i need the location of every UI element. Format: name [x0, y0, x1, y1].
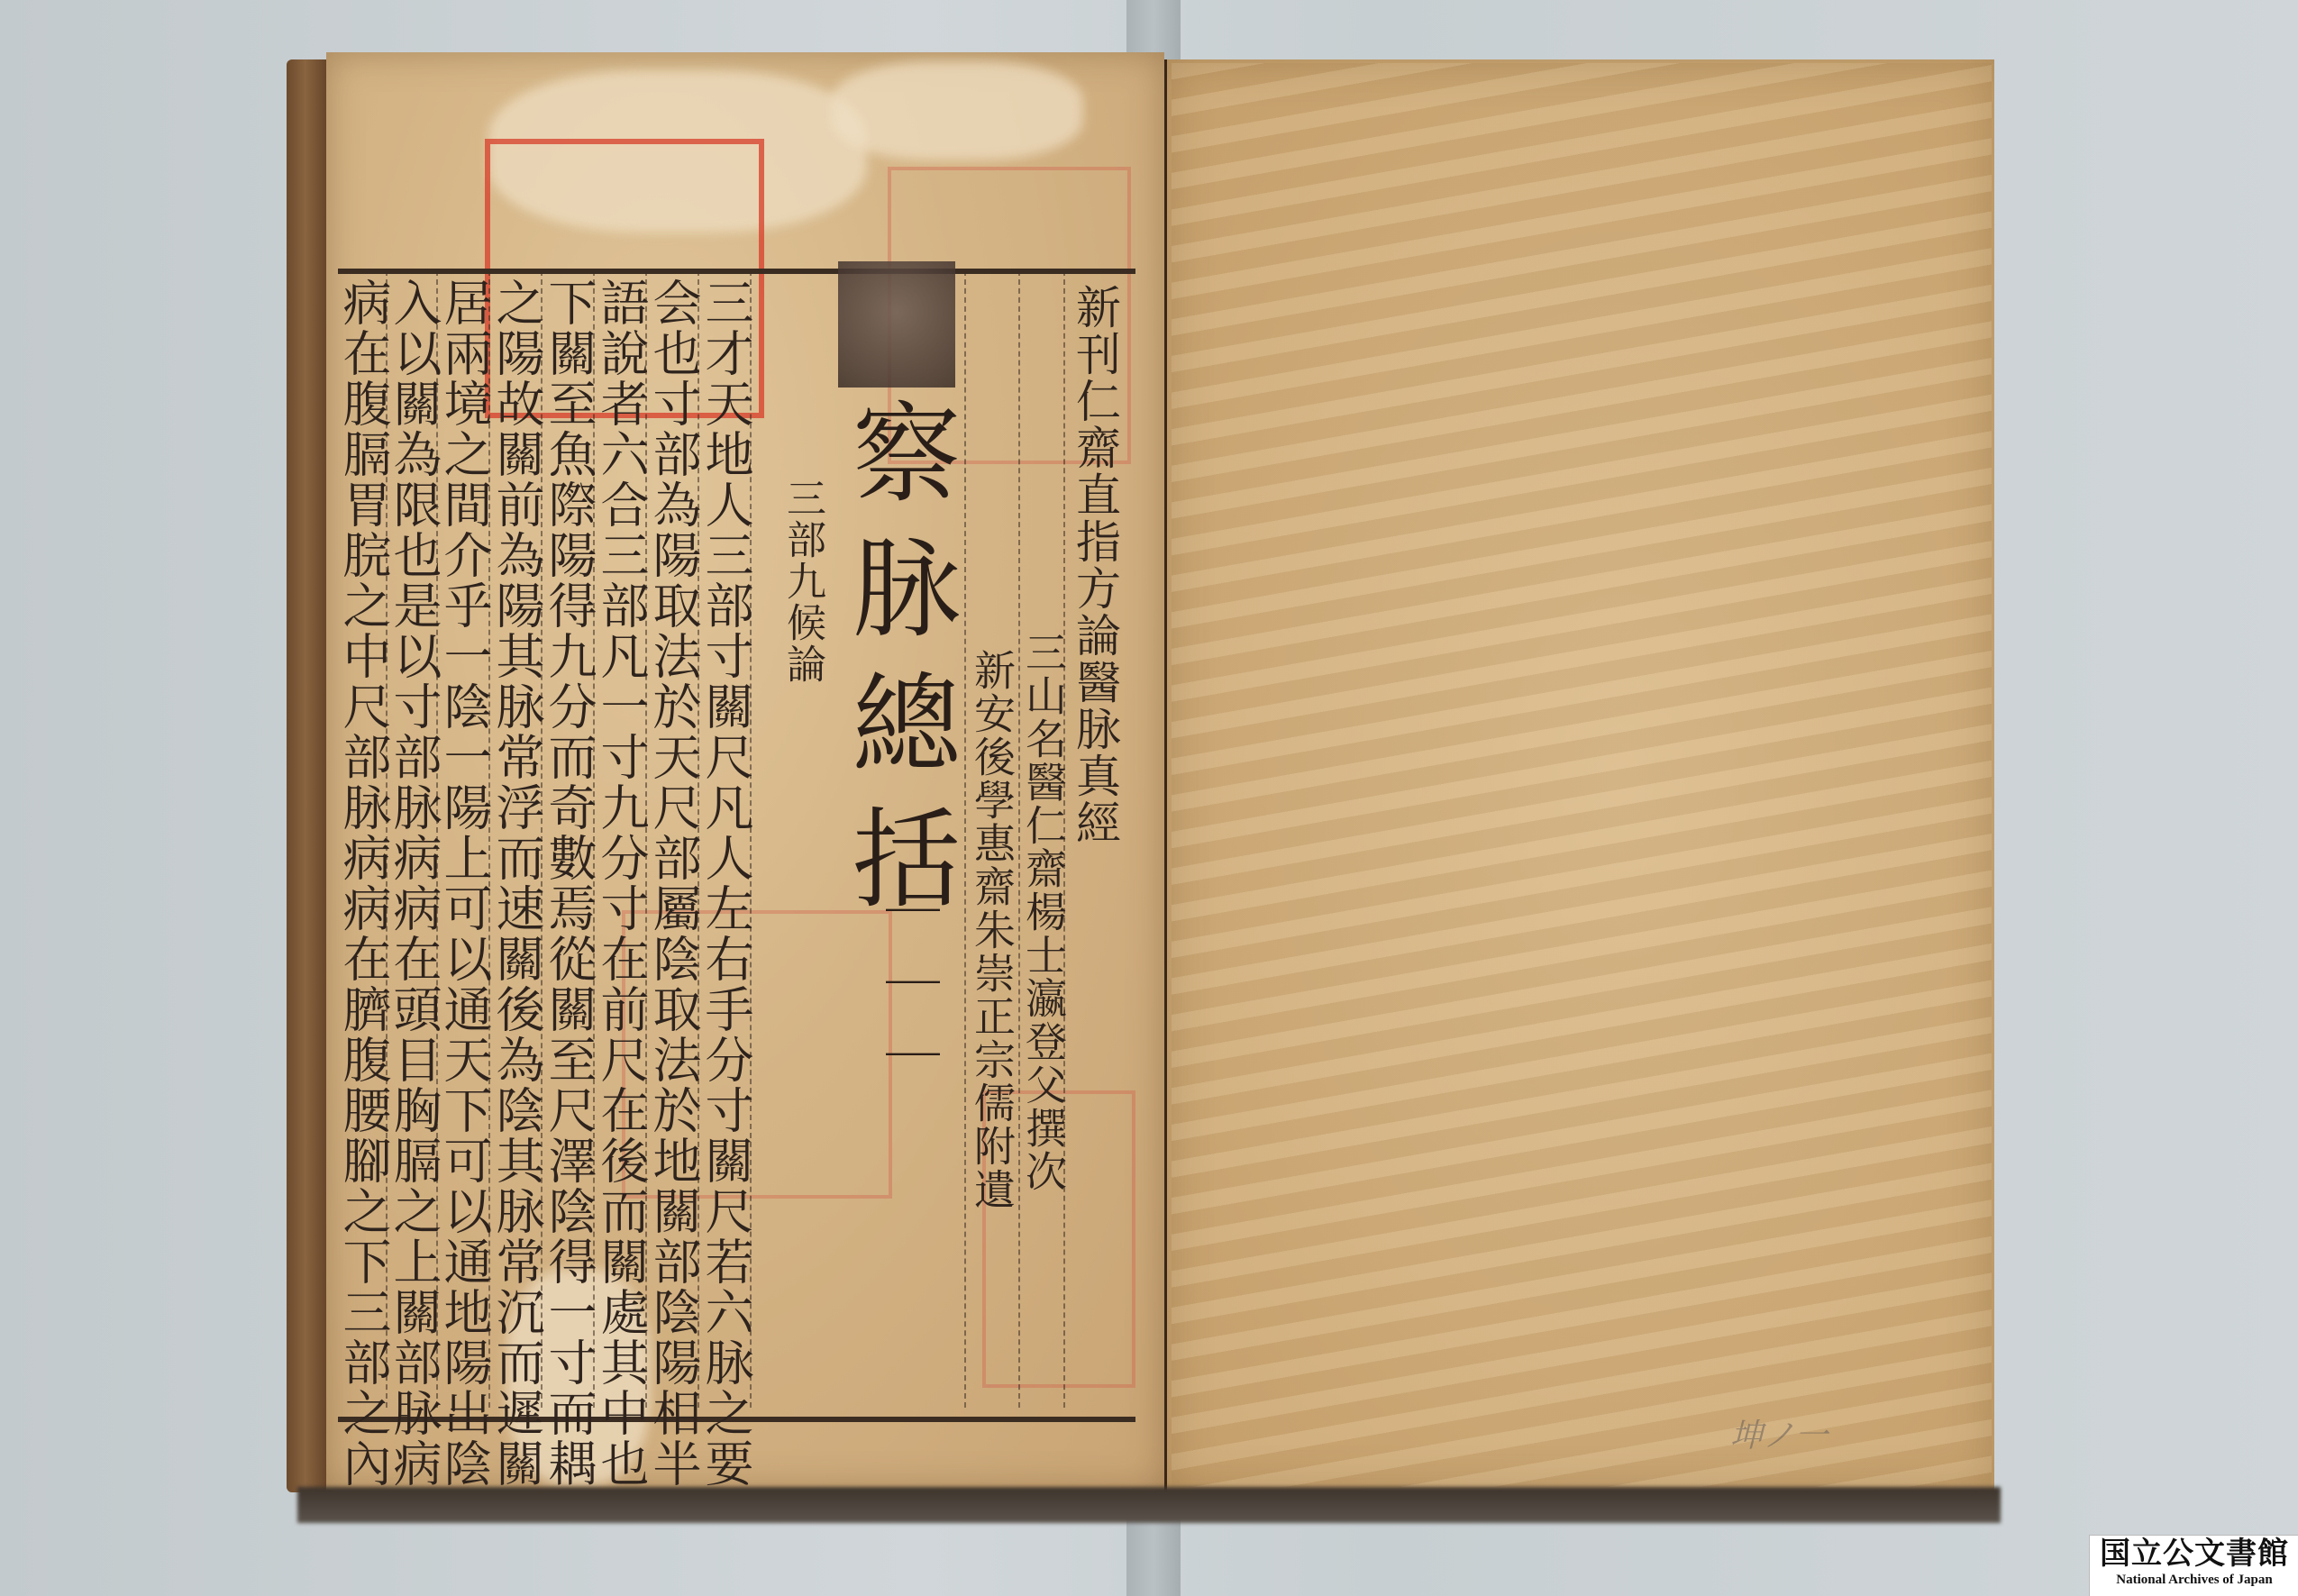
body-column-2: 会也寸部為陽取法於天尺部屬陰取法於地關部陰陽相半 — [649, 278, 698, 1489]
black-cartouche-block — [838, 261, 955, 388]
watermark-english: National Archives of Japan — [2090, 1572, 2298, 1588]
body-column-5: 之陽故關前為陽其脉常浮而速關後為陰其脉常沉而遲關 — [492, 278, 541, 1489]
body-column-7: 入以關為限也是以寸部脉病病在頭目胸膈之上關部脉病 — [389, 278, 438, 1489]
chapter-heading: 察脉總括 — [843, 397, 951, 937]
column-rule — [964, 270, 966, 1408]
author-column-1: 三山名醫仁齋楊士瀛登父撰次 — [1023, 631, 1064, 1193]
book-bottom-edge — [297, 1487, 2001, 1523]
author-column-2: 新安後學惠齋朱崇正宗儒附遺 — [971, 649, 1013, 1211]
body-column-1: 三才天地人三部寸關尺凡人左右手分寸關尺若六脉之要 — [701, 278, 750, 1489]
pencil-shelf-note: 坤ノ一 — [1730, 1410, 1828, 1456]
paper-stain — [831, 61, 1083, 160]
body-column-4: 下關至魚際陽得九分而奇數焉從關至尺澤陰得一寸而耦 — [544, 278, 593, 1489]
body-column-3: 語說者六合三部凡一寸九分寸在前尺在後而關處其中也 — [597, 278, 645, 1489]
book-title-column: 新刊仁齋直指方論醫脉真經 — [1072, 284, 1117, 846]
paper-creases — [1172, 63, 1992, 1487]
watermark-japanese: 国立公文書館 — [2090, 1536, 2298, 1572]
body-column-6: 居兩境之間介乎一陰一陽上可以通天下可以通地陽出陰 — [440, 278, 488, 1489]
heading-rule-marks: ｜｜｜ — [870, 883, 947, 1099]
archive-watermark: 国立公文書館 National Archives of Japan — [2089, 1535, 2298, 1596]
body-column-8: 病在腹膈胃脘之中尺部脉病病在臍腹腰腳之下三部之內 — [339, 278, 388, 1489]
section-title: 三部九候論 — [782, 478, 822, 685]
